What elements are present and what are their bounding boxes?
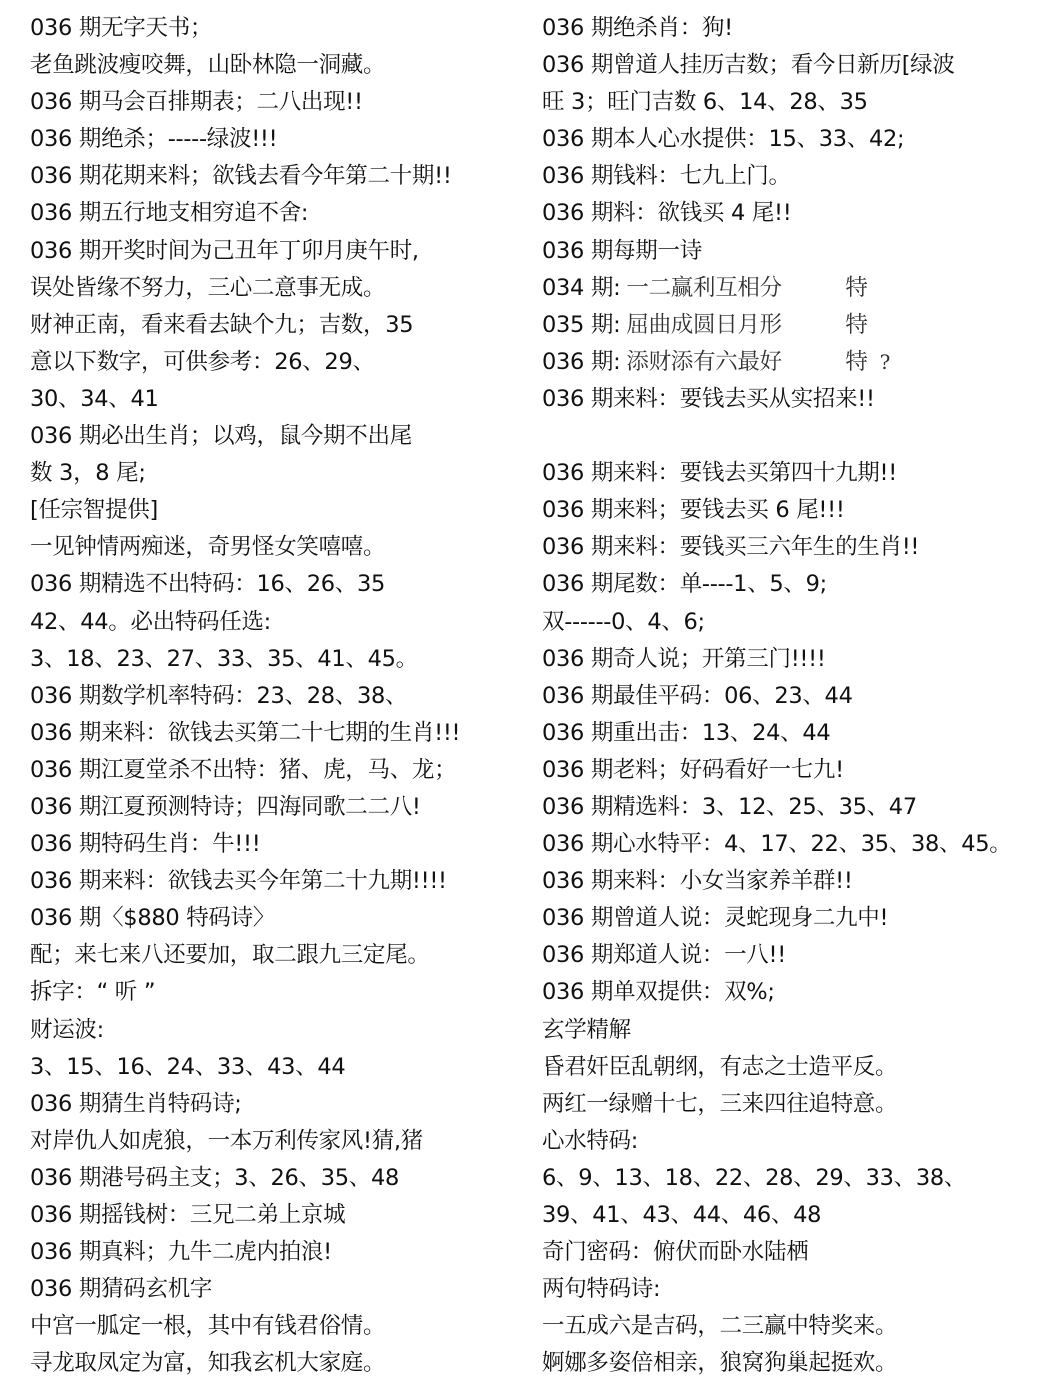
poem-special-marker: 特 [845,344,867,381]
text-line: 036 期郑道人说：一八!! [542,937,1037,974]
text-line: 财运波: [30,1012,520,1049]
text-line: 两红一绿赠十七，三来四往追特意。 [542,1086,1037,1123]
text-line: 数 3，8 尾; [30,455,520,492]
text-line: 036 期猜生肖特码诗; [30,1086,520,1123]
text-line: 中宫一胍定一根，其中有钱君俗情。 [30,1308,520,1345]
blank-line [542,418,1037,455]
text-line: 误处皆缘不努力，三心二意事无成。 [30,270,520,307]
text-line: 6、9、13、18、22、28、29、33、38、 [542,1160,1037,1197]
poem-period-label: 036 期: [542,344,620,381]
text-line: 036 期来料：要钱去买第四十九期!! [542,455,1037,492]
poem-verse: 添财添有六最好 [626,344,831,381]
text-line: 036 期来料；要钱去买 6 尾!!! [542,492,1037,529]
poem-special-marker: 特 [845,307,867,344]
poem-question-mark: ? [880,344,890,381]
text-line: 036 期无字天书； [30,10,520,47]
poem-row: 036 期:添财添有六最好特? [542,344,1037,381]
text-line: 对岸仇人如虎狼，一本万利传家风!猜,猪 [30,1123,520,1160]
text-line: 心水特码: [542,1123,1037,1160]
text-line: 036 期钱料：七九上门。 [542,158,1037,195]
text-line: 036 期料：欲钱买 4 尾!! [542,195,1037,232]
text-line: 036 期马会百排期表；二八出现!! [30,84,520,121]
text-line: 036 期重出击：13、24、44 [542,715,1037,752]
text-line: 036 期江夏堂杀不出特：猪、虎，马、龙； [30,752,520,789]
text-line: 036 期每期一诗 [542,233,1037,270]
text-line: 036 期港号码主支；3、26、35、48 [30,1160,520,1197]
text-line: 036 期来料：欲钱去买今年第二十九期!!!! [30,863,520,900]
text-line: 3、18、23、27、33、35、41、45。 [30,641,520,678]
text-line: 036 期最佳平码：06、23、44 [542,678,1037,715]
text-line: 036 期曾道人说：灵蛇现身二九中! [542,900,1037,937]
text-line: 奇门密码：俯伏而卧水陆栖 [542,1234,1037,1271]
text-line: 玄学精解 [542,1012,1037,1049]
text-line: 财神正南，看来看去缺个九；吉数，35 [30,307,520,344]
text-line: 036 期猜码玄机字 [30,1271,520,1308]
text-line: 036 期曾道人挂历吉数；看今日新历[绿波 [542,47,1037,84]
text-line: 意以下数字，可供参考：26、29、 [30,344,520,381]
text-line: 旺 3；旺门吉数 6、14、28、35 [542,84,1037,121]
text-line: 拆字：“ 听 ” [30,974,520,1011]
text-line: 036 期绝杀肖：狗! [542,10,1037,47]
text-line: 036 期数学机率特码：23、28、38、 [30,678,520,715]
poem-special-marker: 特 [845,270,867,307]
text-line: 036 期老料；好码看好一七九! [542,752,1037,789]
poem-row: 035 期:屈曲成圆日月形特 [542,307,1037,344]
text-line: 036 期五行地支相穷追不舍: [30,195,520,232]
text-line: 036 期特码生肖：牛!!! [30,826,520,863]
text-line: 一见钟情两痴迷，奇男怪女笑嘻嘻。 [30,529,520,566]
text-line: 036 期精选料：3、12、25、35、47 [542,789,1037,826]
text-line: 寻龙取凤定为富，知我玄机大家庭。 [30,1345,520,1382]
text-line: 036 期绝杀；-----绿波!!! [30,121,520,158]
text-line: 036 期尾数：单----1、5、9; [542,566,1037,603]
text-line: 036 期开奖时间为己丑年丁卯月庚午时, [30,233,520,270]
text-line: 036 期来料：要钱买三六年生的生肖!! [542,529,1037,566]
text-line: 036 期单双提供：双%; [542,974,1037,1011]
text-line: 036 期奇人说；开第三门!!!! [542,641,1037,678]
right-column: 036 期绝杀肖：狗!036 期曾道人挂历吉数；看今日新历[绿波旺 3；旺门吉数… [542,10,1037,1382]
poem-verse: 屈曲成圆日月形 [626,307,831,344]
text-line: 3、15、16、24、33、43、44 [30,1049,520,1086]
text-line: 42、44。必出特码任选: [30,604,520,641]
text-line: 两句特码诗: [542,1271,1037,1308]
document-page: 036 期无字天书；老鱼跳波瘦咬舞，山卧林隐一洞藏。036 期马会百排期表；二八… [0,0,1041,1388]
left-column: 036 期无字天书；老鱼跳波瘦咬舞，山卧林隐一洞藏。036 期马会百排期表；二八… [30,10,520,1382]
text-line: 036 期花期来料；欲钱去看今年第二十期!! [30,158,520,195]
text-line: 配；来七来八还要加，取二跟九三定尾。 [30,937,520,974]
text-line: 036 期本人心水提供：15、33、42; [542,121,1037,158]
text-line: 老鱼跳波瘦咬舞，山卧林隐一洞藏。 [30,47,520,84]
poem-row: 034 期:一二赢利互相分特 [542,270,1037,307]
text-line: [任宗智提供] [30,492,520,529]
text-line: 39、41、43、44、46、48 [542,1197,1037,1234]
text-line: 036 期来料：欲钱去买第二十七期的生肖!!! [30,715,520,752]
text-line: 一五成六是吉码，二三赢中特奖来。 [542,1308,1037,1345]
text-line: 婀娜多姿倍相亲，狼窝狗巢起挺欢。 [542,1345,1037,1382]
poem-period-label: 035 期: [542,307,620,344]
text-line: 036 期精选不出特码：16、26、35 [30,566,520,603]
text-line: 036 期真料；九牛二虎内拍浪! [30,1234,520,1271]
text-line: 036 期江夏预测特诗；四海同歌二二八! [30,789,520,826]
poem-verse: 一二赢利互相分 [626,270,831,307]
poem-period-label: 034 期: [542,270,620,307]
text-line: 036 期来料：小女当家养羊群!! [542,863,1037,900]
text-line: 036 期必出生肖；以鸡，鼠今期不出尾 [30,418,520,455]
text-line: 昏君奸臣乱朝纲，有志之士造平反。 [542,1049,1037,1086]
text-line: 036 期心水特平：4、17、22、35、38、45。 [542,826,1037,863]
text-line: 036 期〈$880 特码诗〉 [30,900,520,937]
text-line: 036 期摇钱树：三兄二弟上京城 [30,1197,520,1234]
text-line: 双------0、4、6; [542,604,1037,641]
text-line: 036 期来料：要钱去买从实招来!! [542,381,1037,418]
text-line: 30、34、41 [30,381,520,418]
